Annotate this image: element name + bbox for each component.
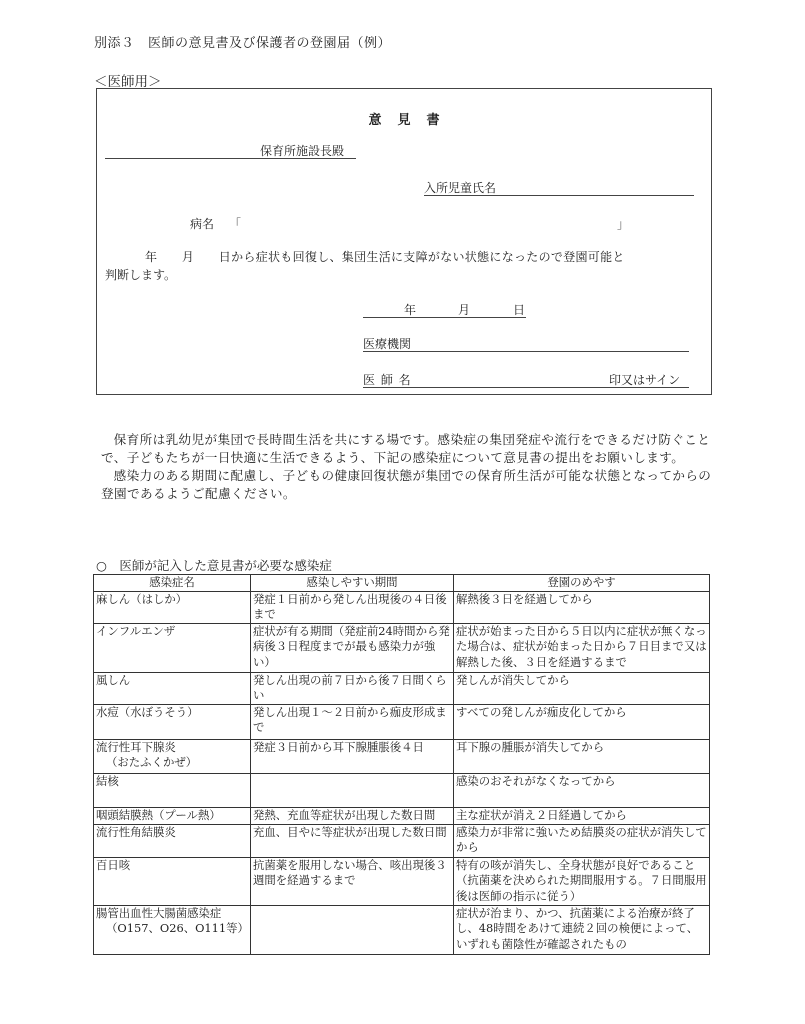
disease-name: 流行性角結膜炎 — [96, 825, 176, 839]
period-cell: 発症１日前から発しん出現後の４日後まで — [251, 591, 454, 623]
period-cell: 発熱、充血等症状が出現した数日間 — [251, 807, 454, 824]
table-row: 流行性角結膜炎 充血、目やに等症状が出現した数日間 感染力が非常に強いため結膜炎… — [94, 824, 710, 857]
table-row: 流行性耳下腺炎（おたふくかぜ） 発症３日前から耳下腺腫脹後４日 耳下腺の腫脹が消… — [94, 739, 710, 773]
disease-name: 咽頭結膜熱（プール熱） — [96, 808, 221, 822]
period-cell: 症状が有る期間（発症前24時間から発病後３日程度までが最も感染力が強い） — [251, 623, 454, 672]
table-row: 風しん 発しん出現の前７日から後７日間くらい 発しんが消失してから — [94, 672, 710, 704]
disease-name: 腸管出血性大腸菌感染症 — [96, 906, 221, 920]
disease-name-field[interactable] — [245, 213, 605, 231]
date-year-label: 年 — [404, 301, 416, 318]
disease-name-cell: 咽頭結膜熱（プール熱） — [94, 807, 251, 824]
disease-name-cell: 流行性耳下腺炎（おたふくかぜ） — [94, 739, 251, 773]
header-infectious-period: 感染しやすい期間 — [251, 575, 454, 592]
institution-field[interactable] — [363, 351, 689, 352]
disease-name: 麻しん（はしか） — [96, 592, 187, 606]
criteria-cell: 症状が始まった日から５日以内に症状が無くなった場合は、症状が始まった日から７日目… — [454, 623, 710, 672]
disease-name-sub: （おたふくかぜ） — [96, 755, 248, 771]
period-cell — [251, 905, 454, 954]
statement-line-2: 判断します。 — [105, 266, 176, 283]
section-label: ＜医師用＞ — [94, 70, 162, 90]
document-title: 別添３ 医師の意見書及び保護者の登園届（例） — [94, 32, 391, 51]
disease-name-cell: 百日咳 — [94, 857, 251, 905]
table-row: 腸管出血性大腸菌感染症（O157、O26、O111等） 症状が治まり、かつ、抗菌… — [94, 905, 710, 954]
child-name-label: 入所児童氏名 — [424, 179, 496, 196]
disease-close-bracket: 」 — [617, 215, 629, 232]
disease-name: 水痘（水ぼうそう） — [96, 705, 199, 719]
disease-name: 風しん — [96, 673, 130, 687]
criteria-cell: 感染のおそれがなくなってから — [454, 773, 710, 807]
period-cell: 抗菌薬を服用しない場合、咳出現後３週間を経過するまで — [251, 857, 454, 905]
period-cell: 発症３日前から耳下腺腫脹後４日 — [251, 739, 454, 773]
criteria-cell: 発しんが消失してから — [454, 672, 710, 704]
addressee-label: 保育所施設長殿 — [260, 142, 344, 159]
opinion-form-box: 意見書 保育所施設長殿 入所児童氏名 病名 「 」 年 月 日から症状も回復し、… — [96, 88, 712, 395]
date-field[interactable] — [363, 317, 526, 318]
disease-name: インフルエンザ — [96, 624, 175, 638]
table-caption: ○ 医師が記入した意見書が必要な感染症 — [96, 556, 332, 574]
form-heading: 意見書 — [97, 109, 711, 128]
disease-name: 百日咳 — [96, 858, 130, 872]
infectious-disease-table: 感染症名 感染しやすい期間 登園のめやす 麻しん（はしか） 発症１日前から発しん… — [93, 574, 710, 955]
disease-name-cell: 結核 — [94, 773, 251, 807]
table-row: 麻しん（はしか） 発症１日前から発しん出現後の４日後まで 解熱後３日を経過してか… — [94, 591, 710, 623]
disease-name: 結核 — [96, 774, 119, 788]
criteria-cell: 解熱後３日を経過してから — [454, 591, 710, 623]
table-row: 結核 感染のおそれがなくなってから — [94, 773, 710, 807]
period-cell: 充血、目やに等症状が出現した数日間 — [251, 824, 454, 857]
seal-or-signature-label: 印又はサイン — [609, 371, 680, 388]
disease-name-sub: （O157、O26、O111等） — [96, 921, 248, 937]
disease-name-cell: 水痘（水ぼうそう） — [94, 704, 251, 739]
criteria-cell: 感染力が非常に強いため結膜炎の症状が消失してから — [454, 824, 710, 857]
period-cell: 発しん出現１～２日前から痂皮形成まで — [251, 704, 454, 739]
disease-name-cell: 風しん — [94, 672, 251, 704]
disease-name-cell: 流行性角結膜炎 — [94, 824, 251, 857]
period-cell: 発しん出現の前７日から後７日間くらい — [251, 672, 454, 704]
disease-name-cell: 麻しん（はしか） — [94, 591, 251, 623]
doctor-name-label: 医 師 名 — [363, 371, 412, 388]
table-row: インフルエンザ 症状が有る期間（発症前24時間から発病後３日程度までが最も感染力… — [94, 623, 710, 672]
disease-label: 病名 — [190, 215, 214, 232]
disease-name-cell: 腸管出血性大腸菌感染症（O157、O26、O111等） — [94, 905, 251, 954]
criteria-cell: 主な症状が消え２日経過してから — [454, 807, 710, 824]
table-header-row: 感染症名 感染しやすい期間 登園のめやす — [94, 575, 710, 592]
table-row: 咽頭結膜熱（プール熱） 発熱、充血等症状が出現した数日間 主な症状が消え２日経過… — [94, 807, 710, 824]
criteria-cell: 耳下腺の腫脹が消失してから — [454, 739, 710, 773]
institution-label: 医療機関 — [363, 335, 411, 352]
table-row: 百日咳 抗菌薬を服用しない場合、咳出現後３週間を経過するまで 特有の咳が消失し、… — [94, 857, 710, 905]
notice-paragraph-2: 感染力のある期間に配慮し、子どもの健康回復状態が集団での保育所生活が可能な状態と… — [101, 467, 713, 503]
disease-name: 流行性耳下腺炎 — [96, 740, 176, 754]
child-name-field[interactable] — [424, 195, 694, 196]
disease-name-cell: インフルエンザ — [94, 623, 251, 672]
criteria-cell: 特有の咳が消失し、全身状態が良好であること（抗菌薬を決められた期間服用する。７日… — [454, 857, 710, 905]
date-month-label: 月 — [458, 301, 470, 318]
notice-text: 保育所は乳幼児が集団で長時間生活を共にする場です。感染症の集団発症や流行をできる… — [101, 431, 713, 503]
criteria-cell: 症状が治まり、かつ、抗菌薬による治療が終了し、48時間をあけて連続２回の検便によ… — [454, 905, 710, 954]
header-return-criteria: 登園のめやす — [454, 575, 710, 592]
disease-open-bracket: 「 — [229, 215, 241, 232]
doctor-name-field[interactable] — [363, 387, 689, 388]
date-day-label: 日 — [513, 301, 525, 318]
notice-paragraph-1: 保育所は乳幼児が集団で長時間生活を共にする場です。感染症の集団発症や流行をできる… — [101, 431, 713, 467]
statement-line-1: 年 月 日から症状も回復し、集団生活に支障がない状態になったので登園可能と — [145, 248, 625, 265]
criteria-cell: すべての発しんが痂皮化してから — [454, 704, 710, 739]
header-disease-name: 感染症名 — [94, 575, 251, 592]
period-cell — [251, 773, 454, 807]
table-row: 水痘（水ぼうそう） 発しん出現１～２日前から痂皮形成まで すべての発しんが痂皮化… — [94, 704, 710, 739]
